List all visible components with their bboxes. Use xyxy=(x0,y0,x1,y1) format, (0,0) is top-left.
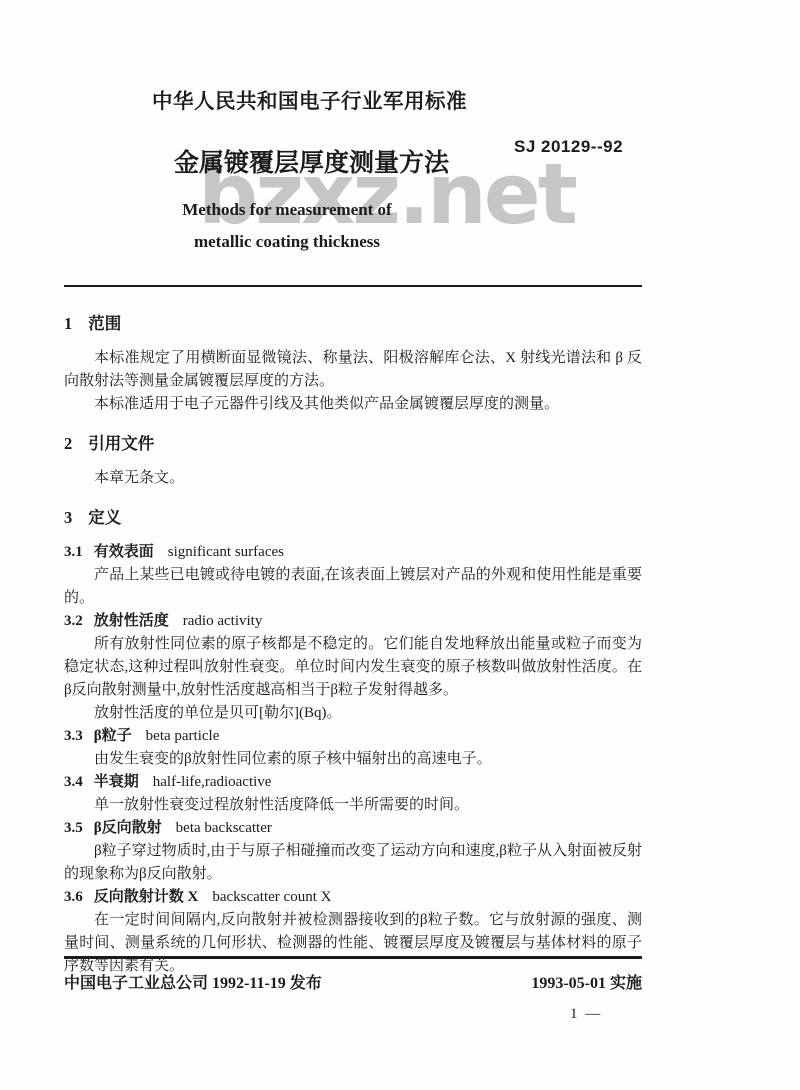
term-number: 3.4 xyxy=(64,771,83,794)
term-number: 3.5 xyxy=(64,817,83,840)
term-number: 3.1 xyxy=(64,541,83,564)
paragraph-scope-2: 本标准适用于电子元器件引线及其他类似产品金属镀覆层厚度的测量。 xyxy=(64,393,642,416)
term-definition: β粒子穿过物质时,由于与原子相碰撞而改变了运动方向和速度,β粒子从入射面被反射的… xyxy=(64,840,642,886)
term-zh: 有效表面 xyxy=(94,541,154,564)
term-number: 3.6 xyxy=(64,886,83,909)
document-title-en-line2: metallic coating thickness xyxy=(64,226,510,258)
footer-implementation-date: 1993-05-01 实施 xyxy=(531,970,642,993)
term-definition: 放射性活度的单位是贝可[勒尔](Bq)。 xyxy=(64,702,642,725)
page-number: 1 — xyxy=(570,1006,602,1023)
document-page: bzxz.net 中华人民共和国电子行业军用标准 金属镀覆层厚度测量方法 SJ … xyxy=(0,0,800,1090)
term-number: 3.3 xyxy=(64,725,83,748)
term-definition: 产品上某些已电镀或待电镀的表面,在该表面上镀层对产品的外观和使用性能是重要的。 xyxy=(64,564,642,610)
term-en: beta backscatter xyxy=(176,820,272,836)
term-definition: 所有放射性同位素的原子核都是不稳定的。它们能自发地释放出能量或粒子而变为稳定状态… xyxy=(64,633,642,702)
standard-number: SJ 20129--92 xyxy=(514,137,623,157)
term-heading-3-5: 3.5β反向散射beta backscatter xyxy=(64,817,642,840)
paragraph-references: 本章无条文。 xyxy=(64,467,642,490)
section-number: 2 xyxy=(64,432,72,455)
term-definition: 由发生衰变的β放射性同位素的原子核中辐射出的高速电子。 xyxy=(64,748,642,771)
term-zh: β反向散射 xyxy=(94,817,162,840)
standard-type-heading: 中华人民共和国电子行业军用标准 xyxy=(152,84,467,114)
footer-issuer-and-issue-date: 中国电子工业总公司 1992-11-19 发布 xyxy=(64,970,322,993)
document-title-en: Methods for measurement of metallic coat… xyxy=(64,194,510,258)
term-number: 3.2 xyxy=(64,610,83,633)
section-title: 范围 xyxy=(88,314,121,333)
document-body: 1范围 本标准规定了用横断面显微镜法、称量法、阳极溶解库仑法、X 射线光谱法和 … xyxy=(64,296,642,978)
term-zh: β粒子 xyxy=(94,725,132,748)
term-en: beta particle xyxy=(146,728,220,744)
term-definition: 单一放射性衰变过程放射性活度降低一半所需要的时间。 xyxy=(64,794,642,817)
term-heading-3-2: 3.2放射性活度radio activity xyxy=(64,610,642,633)
term-zh: 反向散射计数 X xyxy=(94,886,199,909)
term-zh: 半衰期 xyxy=(94,771,139,794)
section-title: 定义 xyxy=(88,508,121,527)
section-number: 1 xyxy=(64,312,72,335)
term-heading-3-4: 3.4半衰期half-life,radioactive xyxy=(64,771,642,794)
term-zh: 放射性活度 xyxy=(94,610,169,633)
term-heading-3-3: 3.3β粒子beta particle xyxy=(64,725,642,748)
term-heading-3-1: 3.1有效表面significant surfaces xyxy=(64,541,642,564)
term-definition: 在一定时间间隔内,反向散射并被检测器接收到的β粒子数。它与放射源的强度、测量时间… xyxy=(64,909,642,978)
term-en: backscatter count X xyxy=(212,889,331,905)
footer-divider xyxy=(64,956,642,959)
section-title: 引用文件 xyxy=(88,434,154,453)
document-title-zh: 金属镀覆层厚度测量方法 xyxy=(174,143,449,179)
term-en: significant surfaces xyxy=(168,544,284,560)
section-heading-definitions: 3定义 xyxy=(64,506,642,529)
term-heading-3-6: 3.6反向散射计数 Xbackscatter count X xyxy=(64,886,642,909)
document-title-en-line1: Methods for measurement of xyxy=(64,194,510,226)
paragraph-scope-1: 本标准规定了用横断面显微镜法、称量法、阳极溶解库仑法、X 射线光谱法和 β 反向… xyxy=(64,347,642,393)
section-heading-scope: 1范围 xyxy=(64,312,642,335)
header-divider xyxy=(64,285,642,287)
term-en: half-life,radioactive xyxy=(153,774,272,790)
section-heading-references: 2引用文件 xyxy=(64,432,642,455)
term-en: radio activity xyxy=(183,613,263,629)
section-number: 3 xyxy=(64,506,72,529)
